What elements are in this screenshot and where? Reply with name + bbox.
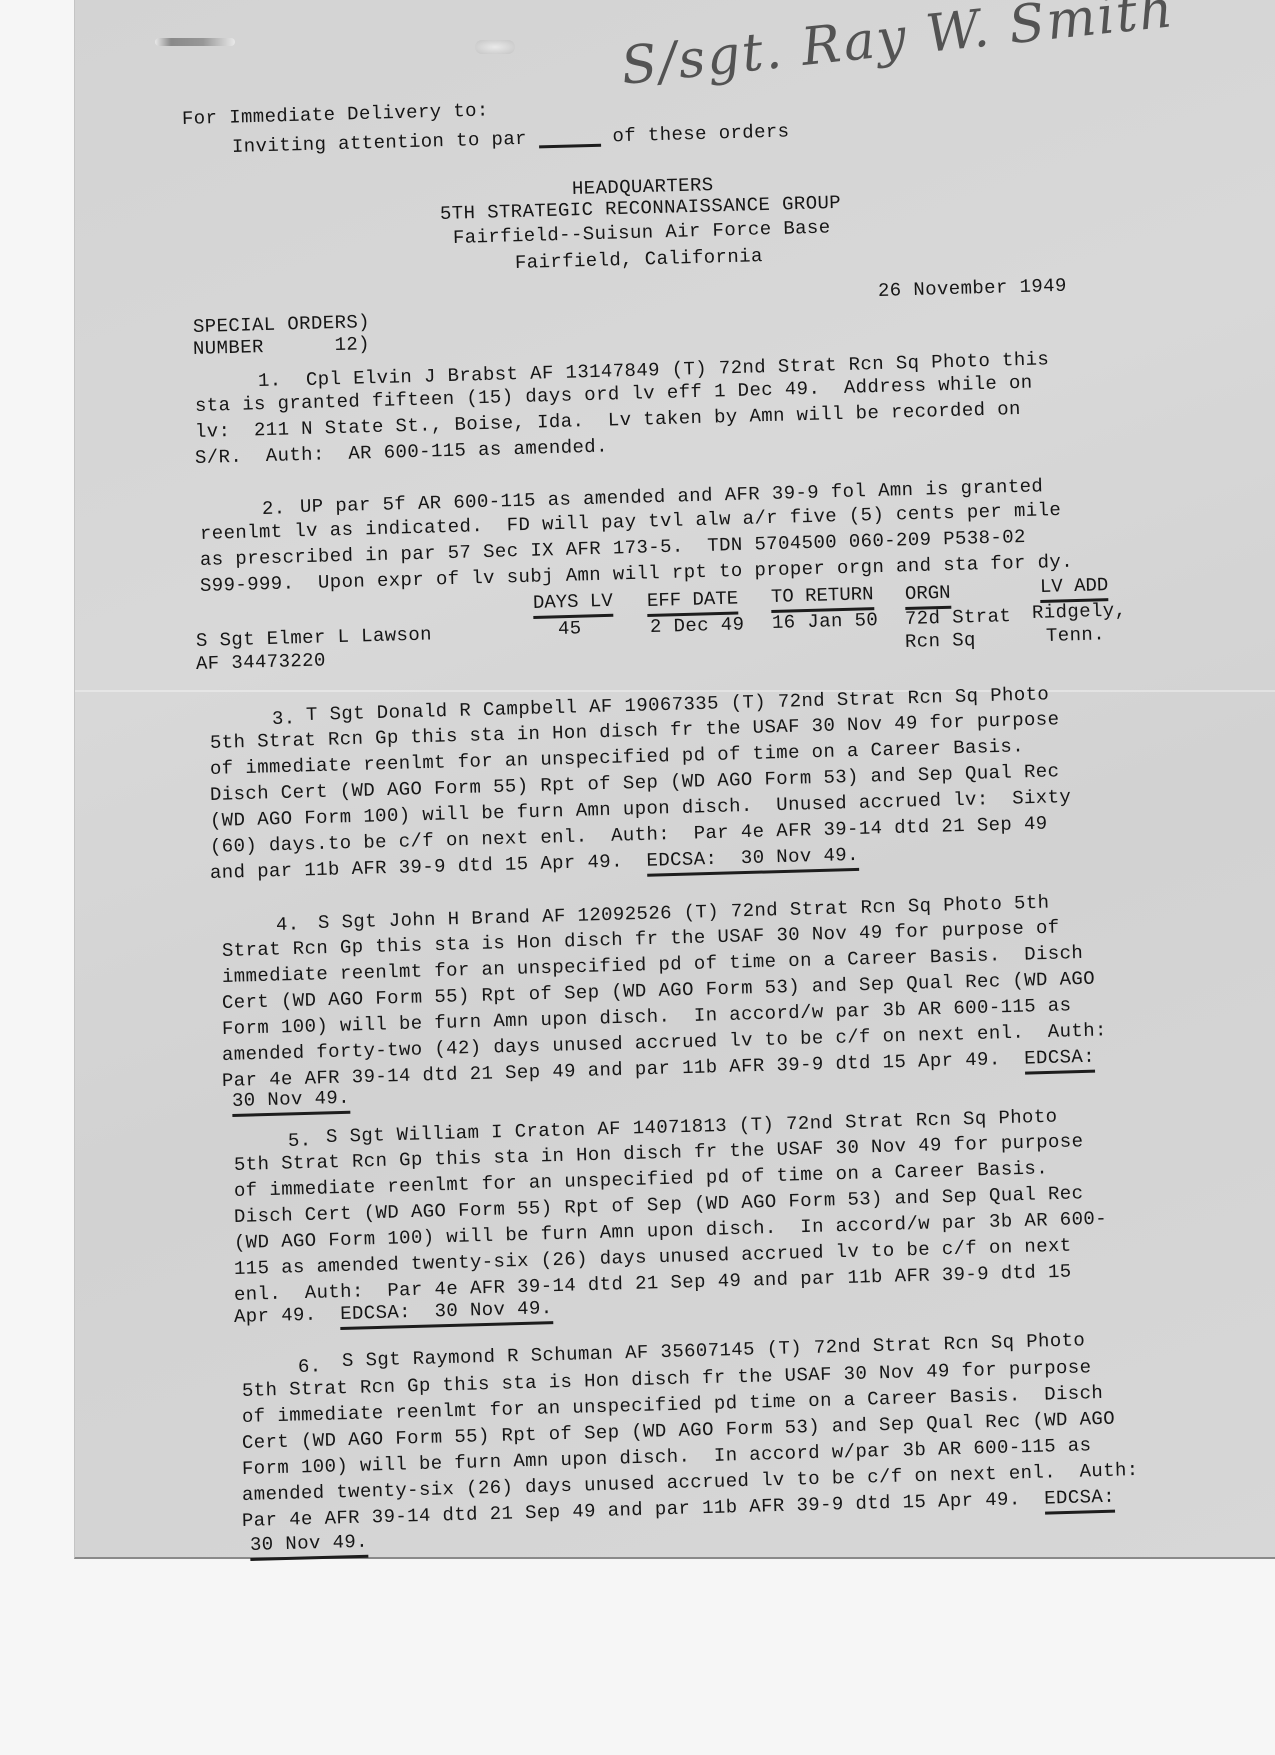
col-header-orgn: ORGN <box>905 582 951 610</box>
delivery-blank <box>539 130 601 149</box>
order-number-label: NUMBER <box>193 336 264 360</box>
edcsa-date: 30 Nov 49. <box>250 1533 369 1555</box>
paragraph-number: 3. <box>272 709 296 729</box>
table-cell-orgn-2: Rcn Sq <box>905 631 976 652</box>
table-cell-orgn: 72d Strat <box>905 607 1012 629</box>
edcsa-date: 30 Nov 49. <box>232 1089 351 1111</box>
paragraph-line-text: Apr 49. <box>234 1304 317 1328</box>
paragraph-number: 5. <box>288 1131 312 1151</box>
order-number-value: 12) <box>334 333 370 356</box>
paragraph-number: 1. <box>258 371 282 391</box>
order-date: 26 November 1949 <box>878 277 1067 301</box>
staple-hole <box>475 40 515 54</box>
col-header-lv-add: LV ADD <box>1040 574 1109 603</box>
col-header-eff-date: EFF DATE <box>647 587 739 617</box>
col-header-to-return: TO RETURN <box>771 583 874 613</box>
table-cell-serial: AF 34473220 <box>196 651 326 674</box>
table-cell-eff-date: 2 Dec 49 <box>650 615 745 637</box>
paragraph-number: 6. <box>298 1357 322 1377</box>
table-cell-to-return: 16 Jan 50 <box>772 611 879 633</box>
paragraph-number: 4. <box>276 915 300 935</box>
staple-mark <box>155 38 235 46</box>
table-cell-lv-add-2: Tenn. <box>1046 625 1106 646</box>
table-cell-lv-add: Ridgely, <box>1032 601 1127 623</box>
paragraph-number: 2. <box>262 499 286 519</box>
fold-crease <box>75 690 1275 692</box>
col-header-days-lv: DAYS LV <box>533 590 614 619</box>
order-number: NUMBER 12) <box>193 335 370 359</box>
edcsa-label: EDCSA: <box>1044 1486 1116 1515</box>
table-cell-days-lv: 45 <box>558 619 582 639</box>
edcsa-label: EDCSA: <box>1024 1046 1096 1075</box>
